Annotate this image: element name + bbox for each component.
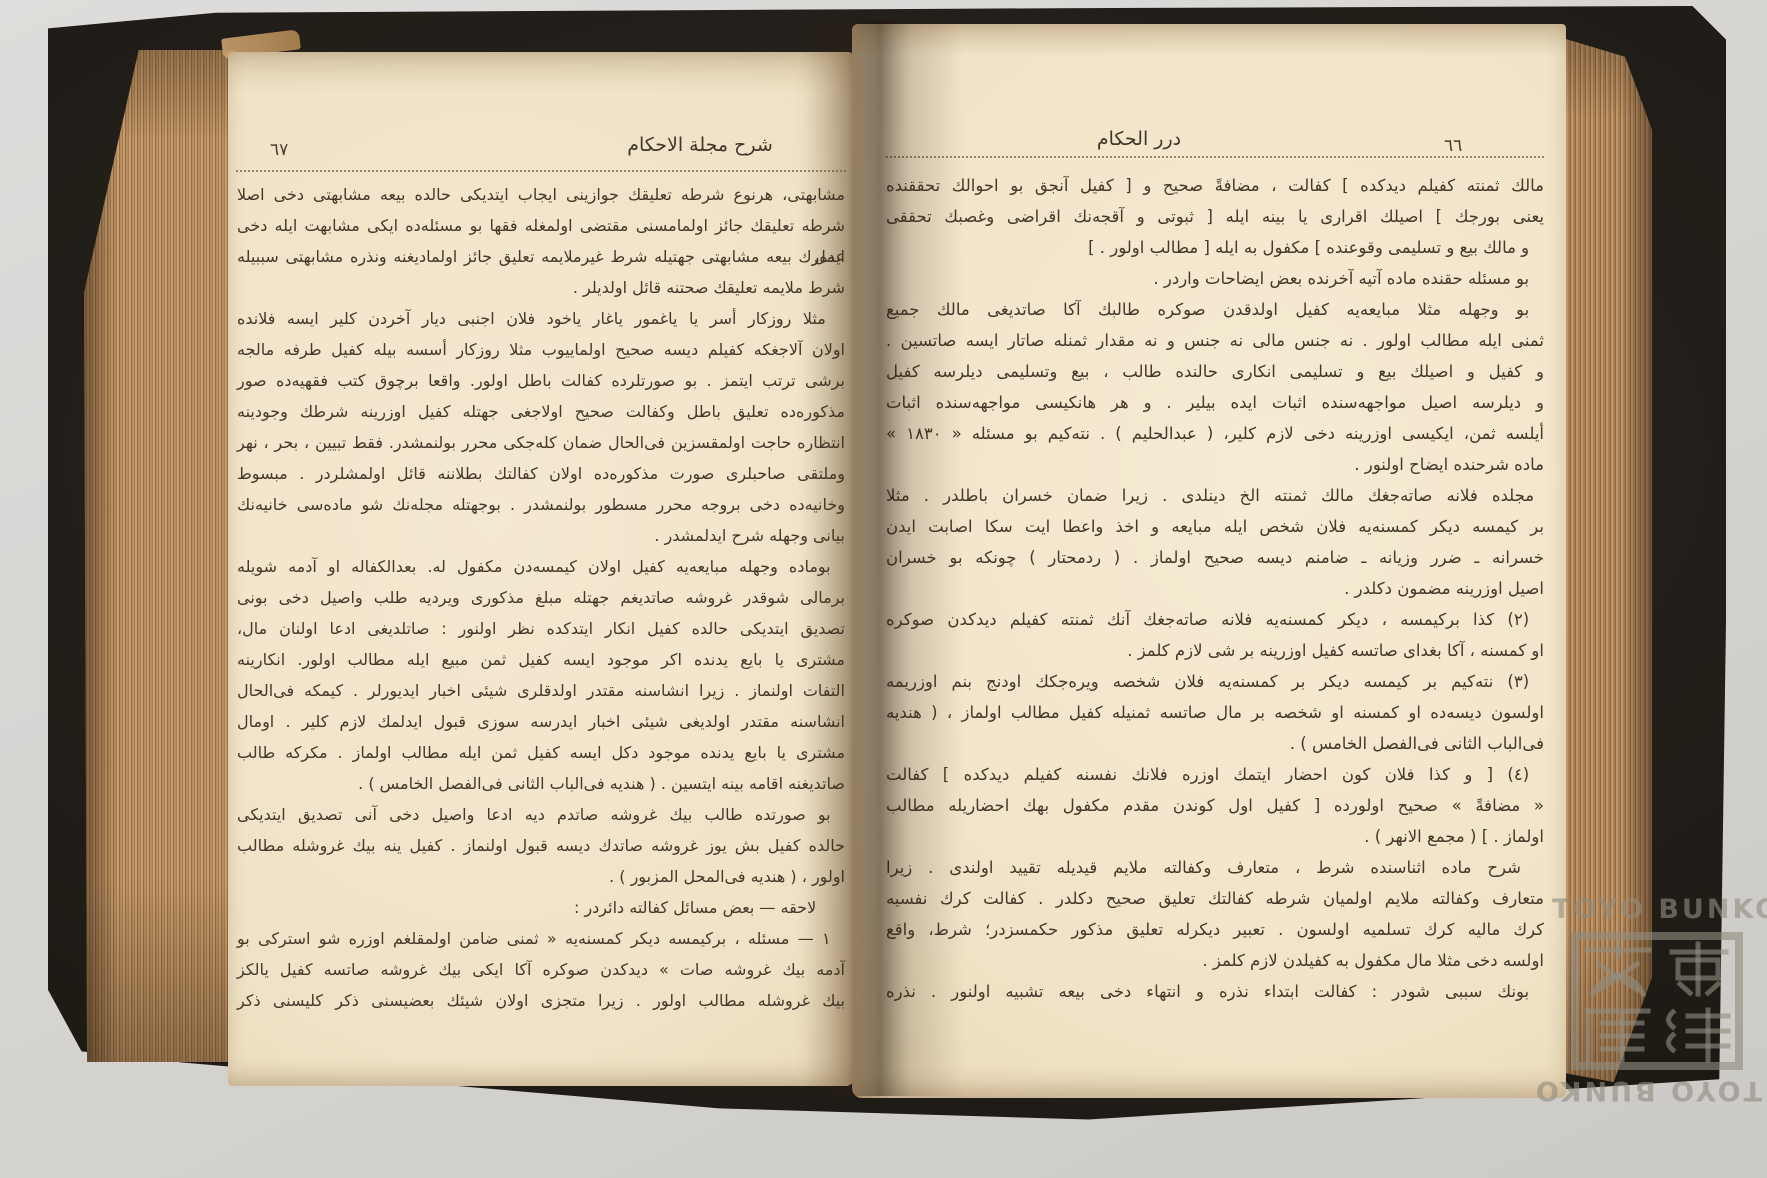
right-fore-edge-pages [1556,36,1652,1082]
left-header-rule [236,170,846,172]
text-line: شرطه تعليقك جائز اولمامسنى مقتضى اولمغله… [237,210,845,241]
text-line: يعنى بورجك ] اصيلك اقرارى يا بينه ايله [… [886,201,1544,232]
text-line: بوماده وجهله مبايعه‌يه كفيل اولان كيمسه‌… [237,551,845,582]
text-line: وملتقى صاحبلرى صورت مذكوره‌ده اولان كفال… [237,458,845,489]
text-line: و مالك بيع و تسليمى وقوعنده ] مكفول به ا… [886,232,1544,263]
text-line: بيانى وجهله شرح ايدلمشدر . [237,520,845,551]
text-line: (٤) [ و كذا فلان كون احضار ايتمك اوزره ف… [886,759,1544,790]
text-line: اولماز . ] ( مجمع الانهر ) . [886,821,1544,852]
text-line: او كمسنه ، آكا بغداى صاتسه كفيل اوزرينه … [886,635,1544,666]
text-line: اولسه دخى مثلا مال مكفول به كفيلدن لازم … [886,945,1544,976]
text-line: آدمه بيك غروشه صات » ديدكدن صوكره آكا اي… [237,954,845,985]
text-line: بر كيمسه ديكر كمسنه‌يه فلان شخص ايله مبا… [886,511,1544,542]
text-line: بو وجهله مثلا مبايعه‌يه كفيل اولدقدن صوك… [886,294,1544,325]
right-page-lines: مالك ثمنته كفيلم ديدكده ] كفالت ، مضافةً… [886,170,1544,1007]
text-line: فى‌الباب الثانى فى‌الفصل الخامس ) . [886,728,1544,759]
text-line: اولسون ديسه‌ده او كمسنه او شخصه بر مال ص… [886,697,1544,728]
left-fore-edge-pages [84,50,236,1062]
text-line: (٢) كذا بركيمسه ، ديكر كمسنه‌يه فلانه صا… [886,604,1544,635]
text-line: اولان آلاجغكه كفيلم ديسه صحيح اولماييوب … [237,334,845,365]
text-line: بو صورتده طالب بيك غروشه صاتدم ديه ادعا … [237,799,845,830]
text-line: برمالى شوقدر غروشه صاتديغم جهتله مبلغ مذ… [237,582,845,613]
right-header-rule [886,156,1544,158]
text-line: مجلده فلانه صاته‌جغك مالك ثمنته الخ دينل… [886,480,1544,511]
text-line: التفات اولنماز . زيرا انشاسنه مقتدر اولد… [237,675,845,706]
text-line: حالده كفيل بش يوز غروشه صاتدك ديسه قبول … [237,830,845,861]
text-line: بو مسئله حقنده ماده آتيه آخرنده بعض ايضا… [886,263,1544,294]
text-line: ثمنى ايله مطالب اولور . نه جنس مالى نه ج… [886,325,1544,356]
right-running-head: درر الحكام [1004,128,1274,150]
text-line: و ديلرسه اصيل مواجهه‌سنده اثبات ايده بيل… [886,387,1544,418]
text-line: مثلا روزكار أسر يا ياغمور ياغار ياخود فل… [237,303,845,334]
text-line: مالك ثمنته كفيلم ديدكده ] كفالت ، مضافةً… [886,170,1544,201]
text-line: برشى ترتب ايتمز . بو صورتلرده كفالت باطل… [237,365,845,396]
text-line: ماده شرحنده ايضاح اولنور . [886,449,1544,480]
text-line: بيك غروشله مطالب اولور . زيرا متجزى اولا… [237,985,845,1016]
text-line: خسرانه ـ ضرر وزيانه ـ ضامنم ديسه صحيح او… [886,542,1544,573]
left-page: ٦٧ شرح مجلة الاحكام مشابهتى، هرنوع شرطه … [228,52,854,1086]
text-line: « مضافةً » صحيح اولورده [ كفيل اول كوندن… [886,790,1544,821]
text-line: ايده‌رك بيعه مشابهتى جهتيله شرط غيرملايم… [237,241,845,272]
text-line: اولور ، ( هنديه فى‌المحل المزبور ) . [237,861,845,892]
right-page-number: ٦٦ [1444,136,1462,156]
left-page-lines: مشابهتى، هرنوع شرطه تعليقك جوازينى ايجاب… [237,179,845,1016]
right-page: ٦٦ درر الحكام مالك ثمنته كفيلم ديدكده ] … [852,24,1566,1098]
text-line: انتظاره حاجت اولمقسزين فى‌الحال ضمان كله… [237,427,845,458]
text-line: مشترى يا بايع يدنده اكر موجود ايسه كفيل … [237,644,845,675]
text-line: شرح ماده اثناسنده شرط ، متعارف وكفالته م… [886,852,1544,883]
text-line: كرك ماليه كرك تسلميه اولسون . تعبير ديكر… [886,914,1544,945]
text-line: بونك سببى شودر : كفالت ابتداء نذره و انت… [886,976,1544,1007]
text-line: اصيل اوزرينه مضمون دكلدر . [886,573,1544,604]
left-page-number: ٦٧ [270,140,288,160]
text-line: و كفيل و اصيلك بيع و تسليمى انكارى حالند… [886,356,1544,387]
text-line: شرط ملايمه تعليقك صحتنه قائل اولديلر . [237,272,845,303]
text-line: صاتديغنه اقامه بينه ايتسين . ( هنديه فى‌… [237,768,845,799]
text-line: متعارف وكفالته ملايم اولميان شرطه كفالتك… [886,883,1544,914]
text-line: وخانيه‌ده دخى بروجه محرر مسطور بولنمشدر … [237,489,845,520]
text-line: أيلسه ثمن، ايكيسى اوزرينه دخى لازم كلير،… [886,418,1544,449]
text-line: لاحقه — بعض مسائل كفالته دائردر : [237,892,845,923]
book-photo: ٦٧ شرح مجلة الاحكام مشابهتى، هرنوع شرطه … [0,0,1767,1178]
text-line: ١ — مسئله ، بركيمسه ديكر كمسنه‌يه « ثمنى… [237,923,845,954]
text-line: مذكوره‌ده تعليق باطل وكفالت صحيح اولاجغى… [237,396,845,427]
text-line: مشابهتى، هرنوع شرطه تعليقك جوازينى ايجاب… [237,179,845,210]
left-running-head: شرح مجلة الاحكام [550,134,850,156]
text-line: (٣) نته‌كيم بر كيمسه ديكر بر كمسنه‌يه فل… [886,666,1544,697]
text-line: مشترى يا بايع يدنده موجود دكل ايسه كفيل … [237,737,845,768]
text-line: انشاسنه مقتدر اولديغى شيئى اخبار ايدرسه … [237,706,845,737]
text-line: تصديق ايتديكى حالده كفيل انكار ايتدكده ن… [237,613,845,644]
